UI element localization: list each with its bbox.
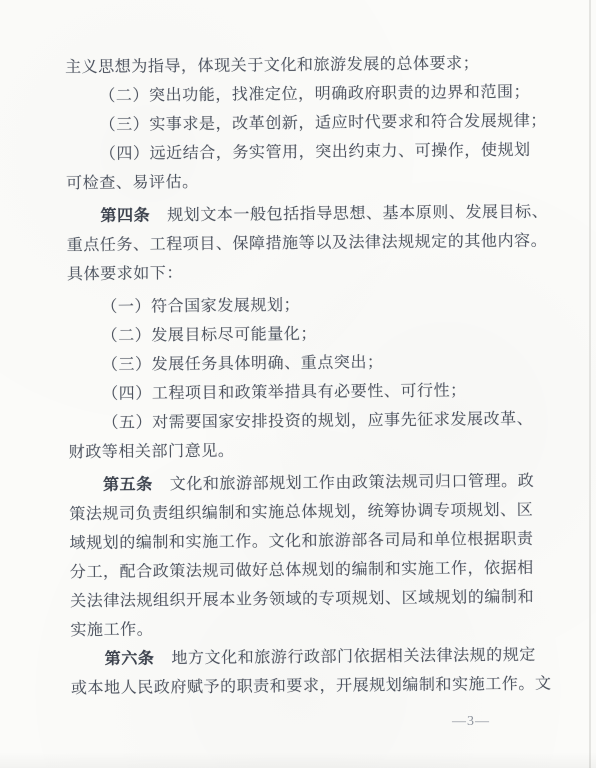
paragraph-item: （三）实事求是，改革创新，适应时代要求和符合发展规律；	[65, 107, 535, 141]
scan-edge-artifact	[589, 0, 591, 768]
paragraph-item: （三）发展任务具体明确、重点突出；	[68, 347, 538, 381]
paragraph-article-5: 第五条文化和旅游部规划工作由政策法规司归口管理。政 策法规司负责组织编制和实施总…	[69, 467, 541, 646]
text-line: 或本地人民政府赋予的职责和要求，开展规划编制和实施工作。文	[71, 670, 541, 704]
text-line: 具体要求如下：	[67, 256, 537, 290]
text-line: （三）实事求是，改革创新，适应时代要求和符合发展规律；	[65, 107, 535, 141]
paragraph-continuation: 主义思想为指导，体现关于文化和旅游发展的总体要求；	[65, 49, 535, 83]
paragraph-item: （二）突出功能，找准定位，明确政府职责的边界和范围；	[65, 78, 535, 112]
paragraph-item: （一）符合国家发展规划；	[67, 289, 537, 323]
text-line: （一）符合国家发展规划；	[67, 289, 537, 323]
text-line: 主义思想为指导，体现关于文化和旅游发展的总体要求；	[65, 49, 535, 83]
text-line: （四）远近结合，务实管用，突出约束力、可操作，使规划	[66, 136, 536, 170]
text-line: （五）对需要国家安排投资的规划，应事先征求发展改革、	[68, 405, 538, 439]
text-line: （二）突出功能，找准定位，明确政府职责的边界和范围；	[65, 78, 535, 112]
text-line: 重点任务、工程项目、保障措施等以及法律法规规定的其他内容。	[67, 227, 537, 261]
text-line: 关法律法规组织开展本业务领域的专项规划、区域规划的编制和	[70, 583, 540, 617]
article-number: 第四条	[100, 207, 150, 224]
paragraph-article-4: 第四条规划文本一般包括指导思想、基本原则、发展目标、 重点任务、工程项目、保障措…	[66, 198, 537, 290]
paragraph-article-6: 第六条地方文化和旅游行政部门依据相关法律法规的规定 或本地人民政府赋予的职责和要…	[71, 641, 542, 704]
text-line: 财政等相关部门意见。	[69, 434, 539, 468]
text-line: （四）工程项目和政策举措具有必要性、可行性；	[68, 376, 538, 410]
text-line: 第六条地方文化和旅游行政部门依据相关法律法规的规定	[71, 641, 541, 675]
document-page: 主义思想为指导，体现关于文化和旅游发展的总体要求； （二）突出功能，找准定位，明…	[0, 0, 596, 768]
article-text: 规划文本一般包括指导思想、基本原则、发展目标、	[167, 204, 548, 225]
text-line: 可检查、易评估。	[66, 165, 536, 199]
text-line: （二）发展目标尽可能量化；	[67, 318, 537, 352]
article-text: 地方文化和旅游行政部门依据相关法律法规的规定	[171, 647, 536, 667]
paragraph-item: （二）发展目标尽可能量化；	[67, 318, 537, 352]
paragraph-item: （五）对需要国家安排投资的规划，应事先征求发展改革、 财政等相关部门意见。	[68, 405, 539, 468]
text-line: 第四条规划文本一般包括指导思想、基本原则、发展目标、	[66, 198, 536, 232]
text-line: 实施工作。	[70, 612, 540, 646]
paragraph-item: （四）工程项目和政策举措具有必要性、可行性；	[68, 376, 538, 410]
text-line: 分工，配合政策法规司做好总体规划的编制和实施工作，依据相	[70, 554, 540, 588]
paragraph-item: （四）远近结合，务实管用，突出约束力、可操作，使规划 可检查、易评估。	[66, 136, 537, 199]
article-number: 第六条	[105, 650, 155, 667]
scan-bottom-shadow	[0, 752, 596, 768]
text-line: 域规划的编制和实施工作。文化和旅游部各司局和单位根据职责	[69, 525, 539, 559]
text-line: 策法规司负责组织编制和实施总体规划，统筹协调专项规划、区	[69, 496, 539, 530]
article-number: 第五条	[103, 476, 153, 493]
text-line: 第五条文化和旅游部规划工作由政策法规司归口管理。政	[69, 467, 539, 501]
article-text: 文化和旅游部规划工作由政策法规司归口管理。政	[170, 473, 535, 493]
document-body: 主义思想为指导，体现关于文化和旅游发展的总体要求； （二）突出功能，找准定位，明…	[65, 49, 541, 703]
text-line: （三）发展任务具体明确、重点突出；	[68, 347, 538, 381]
page-number: —3—	[452, 714, 490, 730]
